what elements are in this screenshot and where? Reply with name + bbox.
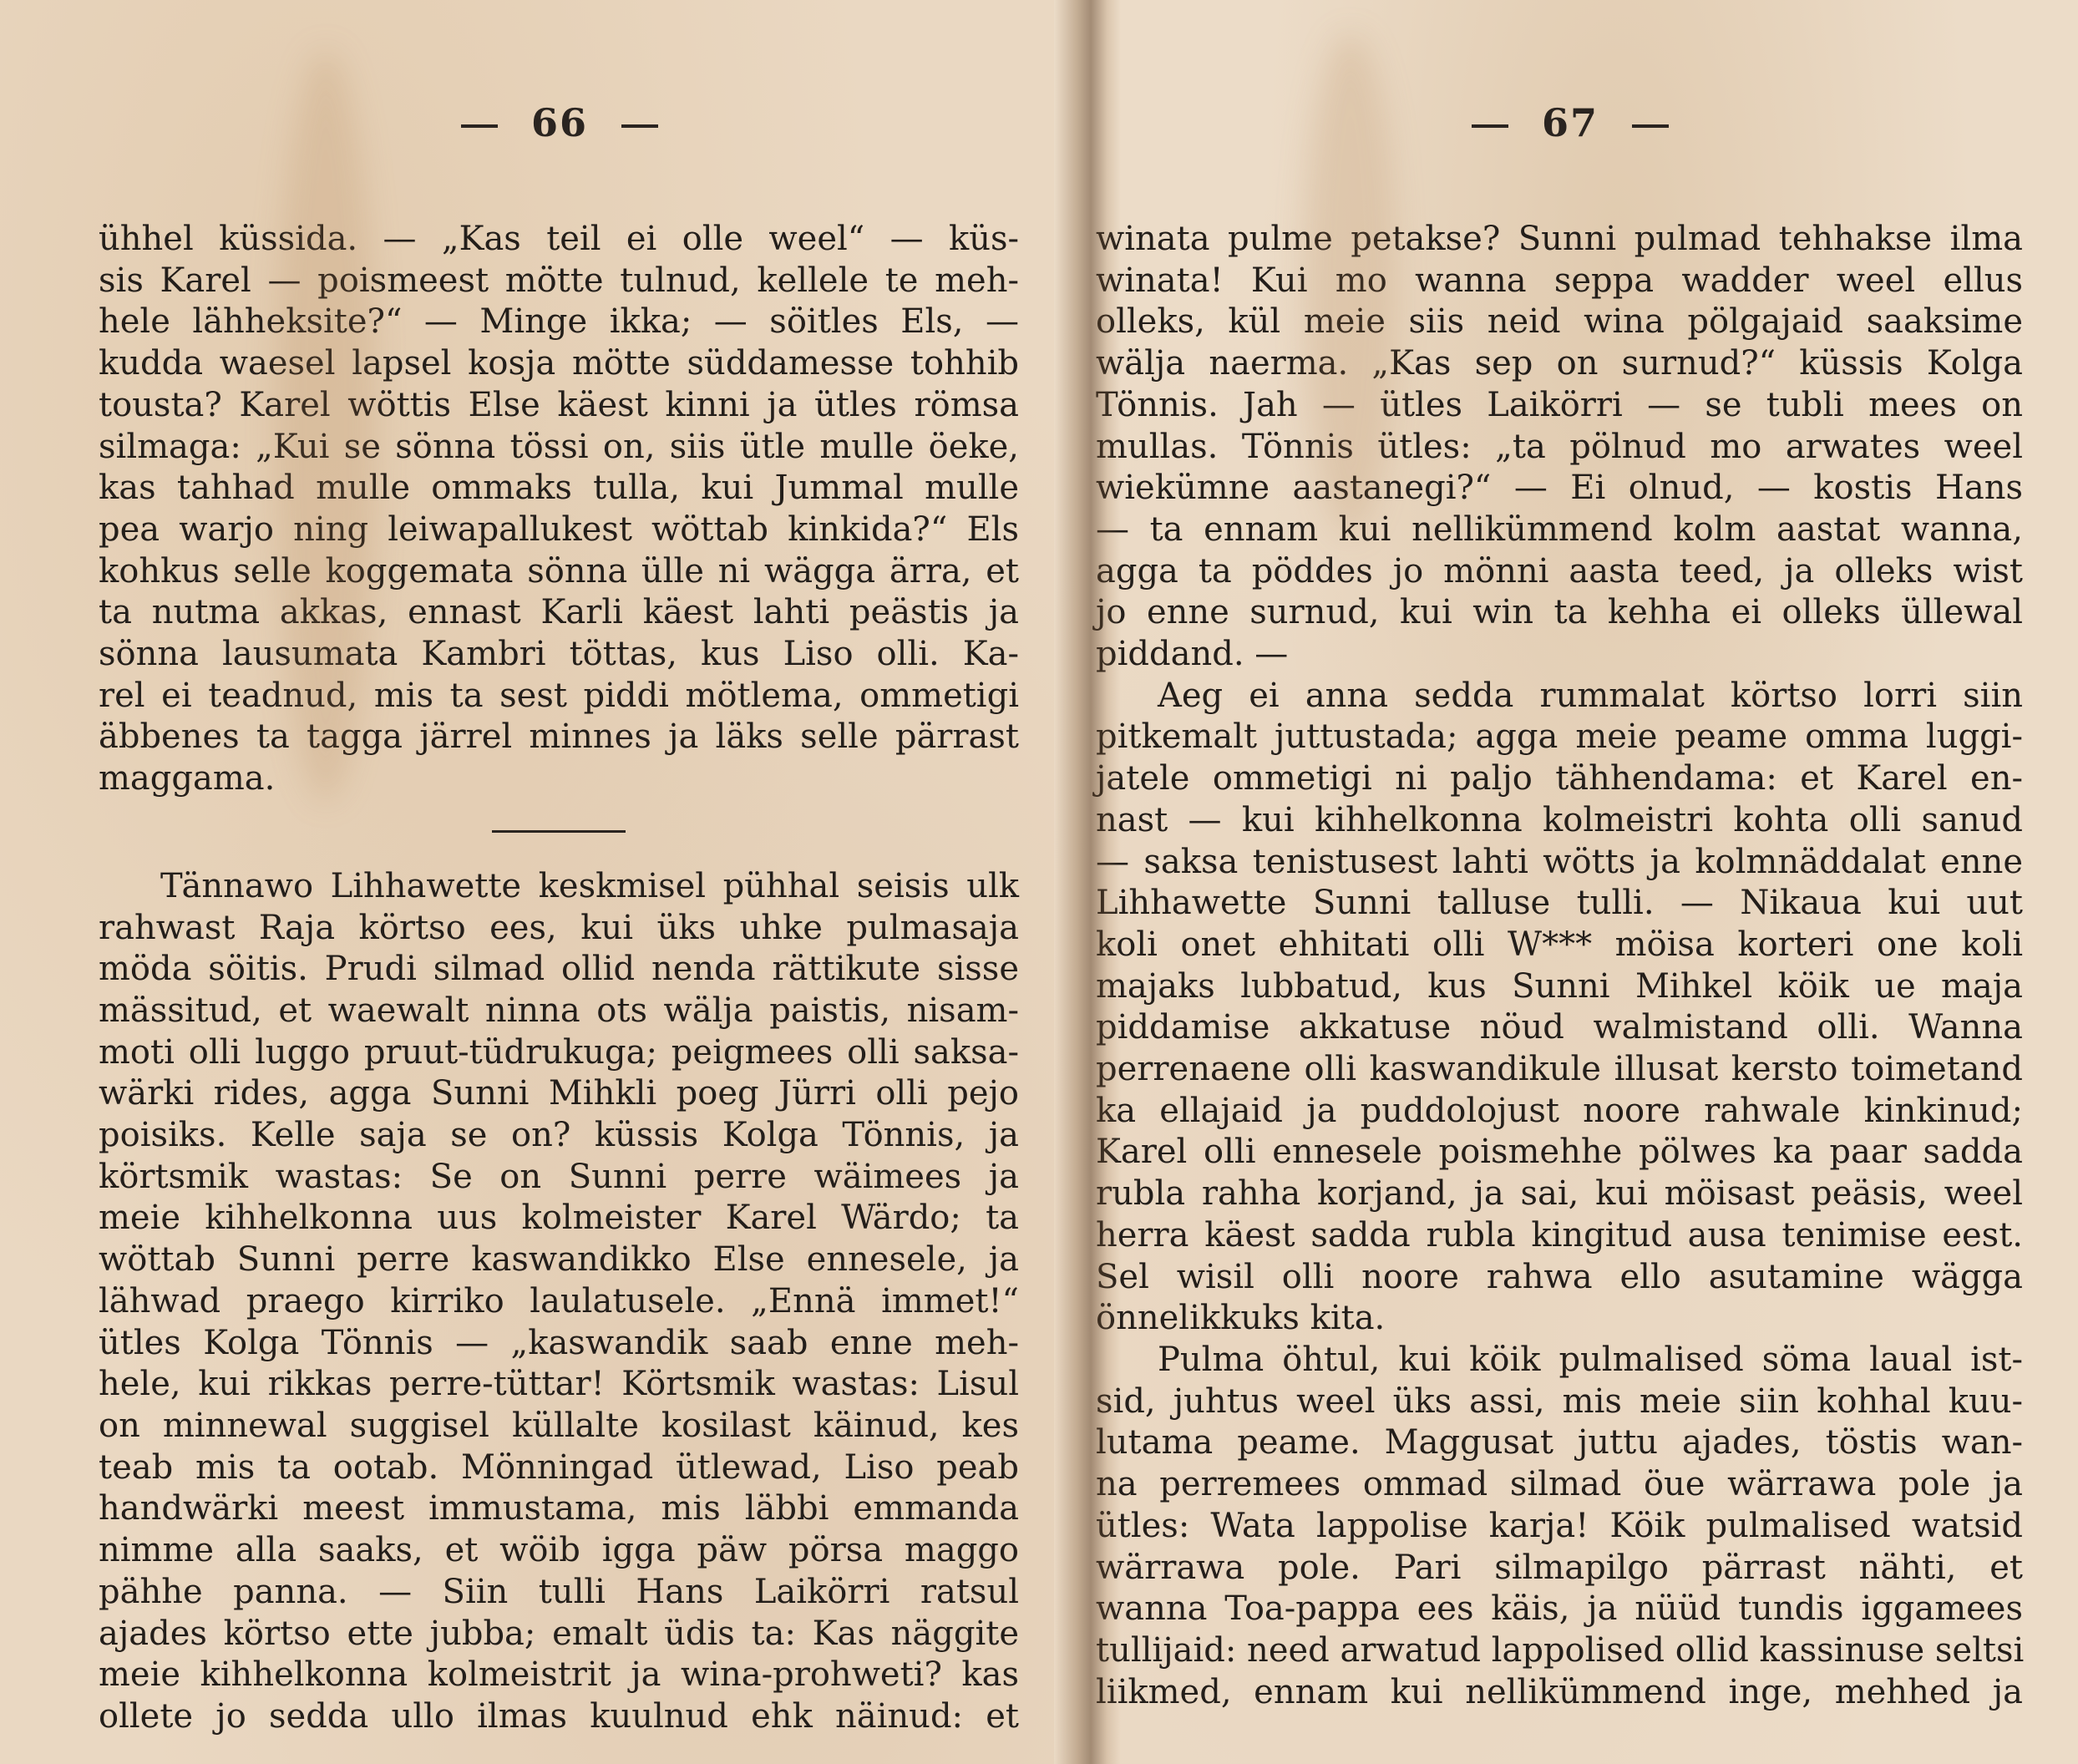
- text-line: sönna lausumata Kambri töttas, kus Liso …: [99, 634, 1019, 676]
- text-line: agga ta pöddes jo mönni aasta teed, ja o…: [1096, 551, 2023, 593]
- folio-dash: [621, 124, 658, 128]
- text-line: ollete jo sedda ullo ilmas kuulnud ehk n…: [99, 1696, 1019, 1738]
- text-line: ühhel küssida. — „Kas teil ei olle weel“…: [99, 219, 1019, 261]
- text-line: kudda waesel lapsel kosja mötte süddames…: [99, 343, 1019, 385]
- text-line: wöttab Sunni perre kaswandikko Else enne…: [99, 1239, 1019, 1281]
- text-line: ka ellajaid ja puddolojust noore rahwale…: [1096, 1091, 2023, 1133]
- text-line: Tännawo Lihhawette keskmisel pühhal seis…: [99, 866, 1019, 908]
- text-line: Tönnis. Jah — ütles Laikörri — se tubli …: [1096, 385, 2023, 427]
- text-line: Sel wisil olli noore rahwa ello asutamin…: [1096, 1257, 2023, 1299]
- text-line: olleks, kül meie siis neid wina pölgajai…: [1096, 302, 2023, 343]
- text-line: — ta ennam kui nellikümmend kolm aastat …: [1096, 509, 2023, 551]
- text-line: liikmed, ennam kui nellikümmend inge, me…: [1096, 1672, 2023, 1714]
- text-line: sis Karel — poismeest mötte tulnud, kell…: [99, 261, 1019, 302]
- text-line: rubla rahha korjand, ja sai, kui möisast…: [1096, 1173, 2023, 1215]
- text-line: mässitud, et waewalt ninna ots wälja pai…: [99, 991, 1019, 1032]
- page-number-right: 67: [1096, 100, 2045, 159]
- text-line: jatele ommetigi ni paljo tähhendama: et …: [1096, 758, 2023, 800]
- text-line: pea warjo ning leiwapallukest wöttab kin…: [99, 509, 1019, 551]
- text-line: lähwad praego kirriko laulatusele. „Ennä…: [99, 1281, 1019, 1323]
- text-line: pitkemalt juttustada; agga meie peame om…: [1096, 717, 2023, 758]
- text-line: — saksa tenistusest lahti wötts ja kolmn…: [1096, 842, 2023, 884]
- left-page-text: ühhel küssida. — „Kas teil ei olle weel“…: [99, 219, 1019, 1738]
- text-line: hele, kui rikkas perre-tüttar! Körtsmik …: [99, 1364, 1019, 1406]
- text-line: wärrawa pole. Pari silmapilgo pärrast nä…: [1096, 1548, 2023, 1589]
- text-line: handwärki meest immustama, mis läbbi emm…: [99, 1488, 1019, 1530]
- text-line: on minnewal suggisel küllalte kosilast k…: [99, 1406, 1019, 1447]
- text-line: nimme alla saaks, et wöib igga päw pörsa…: [99, 1530, 1019, 1572]
- text-line: ajades körtso ette jubba; emalt üdis ta:…: [99, 1614, 1019, 1655]
- text-line: wiekümne aastanegi?“ — Ei olnud, — kosti…: [1096, 468, 2023, 509]
- text-line: jo enne surnud, kui win ta kehha ei olle…: [1096, 592, 2023, 634]
- text-line: rel ei teadnud, mis ta sest piddi mötlem…: [99, 676, 1019, 717]
- text-line: mullas. Tönnis ütles: „ta pölnud mo arwa…: [1096, 427, 2023, 469]
- left-page: 66 ühhel küssida. — „Kas teil ei olle we…: [0, 0, 1054, 1764]
- right-page-text: winata pulme petakse? Sunni pulmad tehha…: [1096, 219, 2023, 1713]
- text-line: poisiks. Kelle saja se on? küssis Kolga …: [99, 1115, 1019, 1157]
- text-line: kohkus selle koggemata sönna ülle ni wäg…: [99, 551, 1019, 593]
- text-line: silmaga: „Kui se sönna tössi on, siis üt…: [99, 427, 1019, 469]
- text-line: wanna Toa-pappa ees käis, ja nüüd tundis…: [1096, 1589, 2023, 1630]
- text-line: lutama peame. Maggusat juttu ajades, tös…: [1096, 1422, 2023, 1464]
- book-spread: 66 ühhel küssida. — „Kas teil ei olle we…: [0, 0, 2078, 1764]
- text-line: möda söitis. Prudi silmad ollid nenda rä…: [99, 949, 1019, 991]
- text-line: na perremees ommad silmad öue wärrawa po…: [1096, 1464, 2023, 1506]
- text-line: körtsmik wastas: Se on Sunni perre wäime…: [99, 1157, 1019, 1199]
- text-line: majaks lubbatud, kus Sunni Mihkel köik u…: [1096, 966, 2023, 1008]
- paragraph: winata pulme petakse? Sunni pulmad tehha…: [1096, 219, 2023, 676]
- text-line: pähhe panna. — Siin tulli Hans Laikörri …: [99, 1572, 1019, 1614]
- folio-dash: [1632, 124, 1669, 128]
- text-line: piddamise akkatuse nöud walmistand olli.…: [1096, 1007, 2023, 1049]
- text-line: moti olli luggo pruut-tüdrukuga; peigmee…: [99, 1032, 1019, 1074]
- section-divider: [492, 830, 626, 833]
- text-line: winata pulme petakse? Sunni pulmad tehha…: [1096, 219, 2023, 261]
- folio-dash: [1472, 124, 1508, 128]
- text-line: önnelikkuks kita.: [1096, 1298, 2023, 1340]
- folio-dash: [461, 124, 498, 128]
- text-line: ütles: Wata lappolise karja! Köik pulmal…: [1096, 1506, 2023, 1548]
- text-line: sid, juhtus weel üks assi, mis meie siin…: [1096, 1381, 2023, 1423]
- text-line: teab mis ta ootab. Mönningad ütlewad, Li…: [99, 1447, 1019, 1489]
- text-line: Aeg ei anna sedda rummalat körtso lorri …: [1096, 676, 2023, 717]
- text-line: wärki rides, agga Sunni Mihkli poeg Jürr…: [99, 1073, 1019, 1115]
- text-line: meie kihhelkonna uus kolmeister Karel Wä…: [99, 1198, 1019, 1239]
- paragraph: Pulma öhtul, kui köik pulmalised söma la…: [1096, 1340, 2023, 1713]
- text-line: rahwast Raja körtso ees, kui üks uhke pu…: [99, 908, 1019, 950]
- text-line: Pulma öhtul, kui köik pulmalised söma la…: [1096, 1340, 2023, 1381]
- text-line: tousta? Karel wöttis Else käest kinni ja…: [99, 385, 1019, 427]
- text-line: Lihhawette Sunni talluse tulli. — Nikaua…: [1096, 883, 2023, 925]
- text-line: ta nutma akkas, ennast Karli käest lahti…: [99, 592, 1019, 634]
- text-line: tullijaid: need arwatud lappolised ollid…: [1096, 1630, 2023, 1672]
- text-line: nast — kui kihhelkonna kolmeistri kohta …: [1096, 800, 2023, 842]
- text-line: kas tahhad mulle ommaks tulla, kui Jumma…: [99, 468, 1019, 509]
- paragraph: Aeg ei anna sedda rummalat körtso lorri …: [1096, 676, 2023, 1340]
- text-line: maggama.: [99, 758, 1019, 800]
- text-line: koli onet ehhitati olli W*** möisa korte…: [1096, 925, 2023, 966]
- paragraph: Tännawo Lihhawette keskmisel pühhal seis…: [99, 866, 1019, 1738]
- text-line: ütles Kolga Tönnis — „kaswandik saab enn…: [99, 1323, 1019, 1365]
- text-line: hele lähheksite?“ — Minge ikka; — söitle…: [99, 302, 1019, 343]
- page-number-left: 66: [99, 100, 1021, 159]
- text-line: herra käest sadda rubla kingitud ausa te…: [1096, 1215, 2023, 1257]
- text-line: perrenaene olli kaswandikule illusat ker…: [1096, 1049, 2023, 1091]
- right-page: 67 winata pulme petakse? Sunni pulmad te…: [1054, 0, 2078, 1764]
- text-line: wälja naerma. „Kas sep on surnud?“ küssi…: [1096, 343, 2023, 385]
- text-line: äbbenes ta tagga järrel minnes ja läks s…: [99, 717, 1019, 758]
- text-line: Karel olli ennesele poismehhe pölwes ka …: [1096, 1132, 2023, 1173]
- text-line: meie kihhelkonna kolmeistrit ja wina-pro…: [99, 1655, 1019, 1696]
- text-line: winata! Kui mo wanna seppa wadder weel e…: [1096, 261, 2023, 302]
- text-line: piddand. —: [1096, 634, 2023, 676]
- paragraph: ühhel küssida. — „Kas teil ei olle weel“…: [99, 219, 1019, 800]
